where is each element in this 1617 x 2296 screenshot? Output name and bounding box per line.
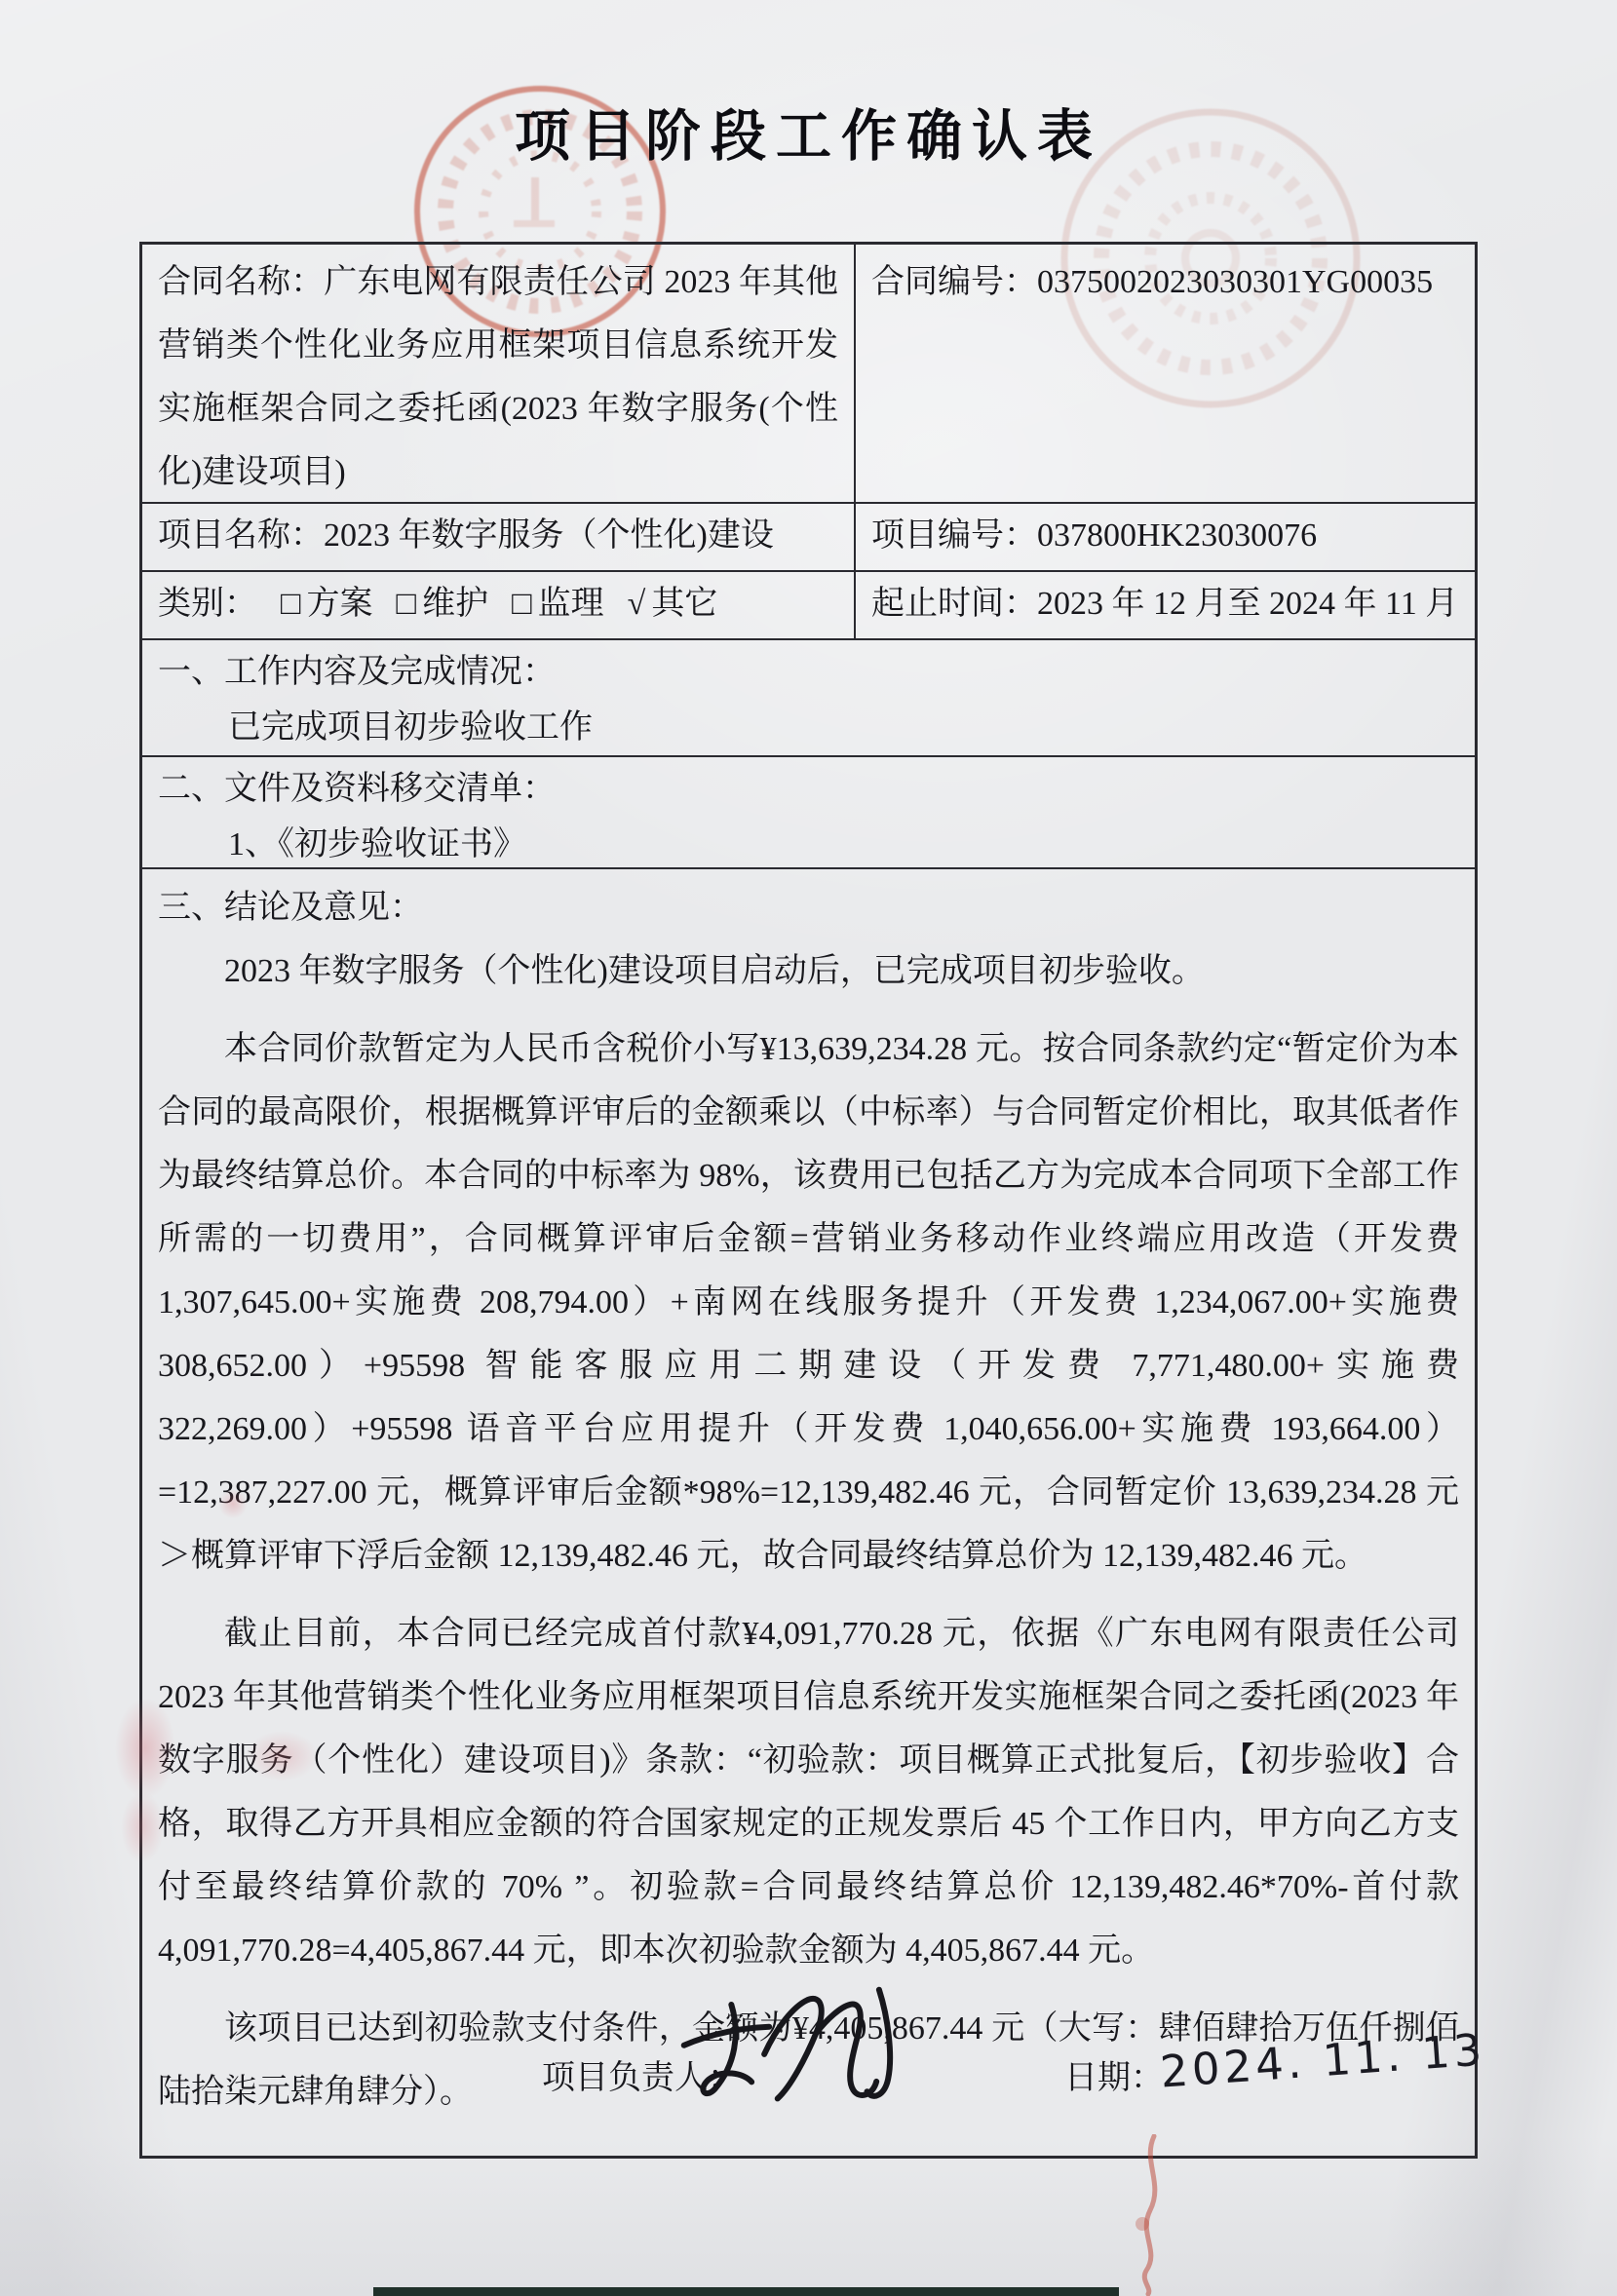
checkbox-unchecked-icon: □ xyxy=(397,586,417,622)
project-no-cell: 项目编号：037800HK23030076 xyxy=(856,504,1475,570)
category-option-label: 其它 xyxy=(651,586,717,622)
confirmation-table: 合同名称：广东电网有限责任公司 2023 年其他营销类个性化业务应用框架项目信息… xyxy=(139,242,1478,2159)
contract-no-cell: 合同编号：0375002023030301YG00035 xyxy=(856,245,1475,502)
row-conclusion: 三、结论及意见： 2023 年数字服务（个性化)建设项目启动后，已完成项目初步验… xyxy=(142,867,1475,2156)
conclusion-paragraph: 本合同价款暂定为人民币含税价小写¥13,639,234.28 元。按合同条款约定… xyxy=(158,1017,1459,1588)
checkmark-icon: √ xyxy=(628,586,646,622)
category-option-other: √其它 xyxy=(628,586,718,622)
handwritten-signature xyxy=(668,1971,965,2127)
row-contract: 合同名称：广东电网有限责任公司 2023 年其他营销类个性化业务应用框架项目信息… xyxy=(142,245,1475,502)
work-content-cell: 一、工作内容及完成情况： 已完成项目初步验收工作 xyxy=(142,640,1475,755)
date-label: 日期： xyxy=(1064,2050,1164,2098)
section-heading: 一、工作内容及完成情况： xyxy=(158,644,1459,700)
section-heading: 二、文件及资料移交清单： xyxy=(158,761,1459,817)
project-name-cell: 项目名称：2023 年数字服务（个性化)建设 xyxy=(142,504,856,570)
section-line: 1、《初步验收证书》 xyxy=(158,817,1459,872)
checkbox-unchecked-icon: □ xyxy=(281,586,301,622)
row-category: 类别：□方案□维护□监理√其它 起止时间：2023 年 12 月至 2024 年… xyxy=(142,570,1475,638)
conclusion-paragraph: 截止目前，本合同已经完成首付款¥4,091,770.28 元，依据《广东电网有限… xyxy=(158,1602,1459,1982)
scanned-document-page: 项目阶段工作确认表 合同名称：广东电网有限责任公司 2023 年其他营销类个性化… xyxy=(0,0,1617,2296)
category-label: 类别： xyxy=(158,586,257,622)
duration-cell: 起止时间：2023 年 12 月至 2024 年 11 月 xyxy=(856,572,1475,638)
conclusion-paragraph: 2023 年数字服务（个性化)建设项目启动后，已完成项目初步验收。 xyxy=(158,939,1459,1003)
checkbox-unchecked-icon: □ xyxy=(512,586,532,622)
category-option-plan: □方案 xyxy=(281,586,373,622)
category-option-supervision: □监理 xyxy=(512,586,604,622)
section-line: 已完成项目初步验收工作 xyxy=(158,700,1459,755)
category-option-label: 维护 xyxy=(422,586,488,622)
category-option-maintenance: □维护 xyxy=(397,586,489,622)
handover-list-cell: 二、文件及资料移交清单： 1、《初步验收证书》 xyxy=(142,757,1475,867)
row-handover-list: 二、文件及资料移交清单： 1、《初步验收证书》 xyxy=(142,755,1475,867)
category-option-label: 方案 xyxy=(307,586,373,622)
category-option-label: 监理 xyxy=(538,586,604,622)
contract-name-cell: 合同名称：广东电网有限责任公司 2023 年其他营销类个性化业务应用框架项目信息… xyxy=(142,245,856,502)
page-title: 项目阶段工作确认表 xyxy=(0,92,1617,172)
row-work-content: 一、工作内容及完成情况： 已完成项目初步验收工作 xyxy=(142,638,1475,755)
scan-edge-strip xyxy=(373,2287,1119,2296)
category-cell: 类别：□方案□维护□监理√其它 xyxy=(142,572,856,638)
section-heading: 三、结论及意见： xyxy=(158,879,1459,938)
row-project: 项目名称：2023 年数字服务（个性化)建设 项目编号：037800HK2303… xyxy=(142,502,1475,570)
